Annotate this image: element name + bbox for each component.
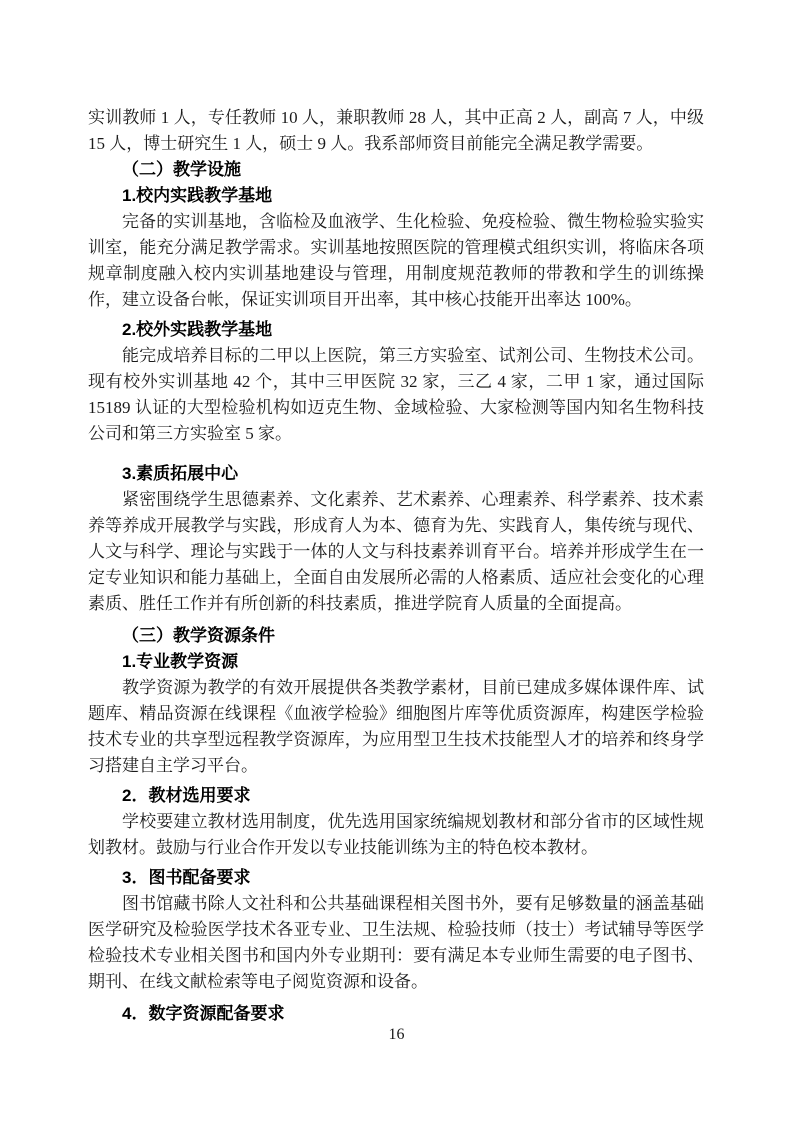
paragraph-faculty-stats: 实训教师 1 人，专任教师 10 人，兼职教师 28 人，其中正高 2 人，副高…: [88, 105, 704, 157]
paragraph-library-book-requirements: 图书馆藏书除人文社科和公共基础课程相关图书外，要有足够数量的涵盖基础医学研究及检…: [88, 891, 704, 995]
heading-section-3-teaching-resources: （三）教学资源条件: [88, 623, 704, 649]
paragraph-textbook-selection-requirements: 学校要建立教材选用制度，优先选用国家统编规划教材和部分省市的区域性规划教材。鼓励…: [88, 809, 704, 861]
heading-2-3-quality-development-center: 3.素质拓展中心: [88, 461, 704, 487]
document-body: 实训教师 1 人，专任教师 10 人，兼职教师 28 人，其中正高 2 人，副高…: [88, 105, 704, 1027]
heading-section-2-teaching-facilities: （二）教学设施: [88, 157, 704, 183]
heading-2-1-on-campus-practice-base: 1.校内实践教学基地: [88, 183, 704, 209]
document-page: 实训教师 1 人，专任教师 10 人，兼职教师 28 人，其中正高 2 人，副高…: [0, 0, 793, 1122]
paragraph-quality-development-center: 紧密围绕学生思德素养、文化素养、艺术素养、心理素养、科学素养、技术素养等养成开展…: [88, 487, 704, 617]
paragraph-on-campus-practice-base: 完备的实训基地，含临检及血液学、生化检验、免疫检验、微生物检验实验实训室，能充分…: [88, 209, 704, 313]
heading-3-4-digital-resource-requirements: 4．数字资源配备要求: [88, 1001, 704, 1027]
paragraph-professional-teaching-resources: 教学资源为教学的有效开展提供各类教学素材，目前已建成多媒体课件库、试题库、精品资…: [88, 675, 704, 779]
heading-3-3-library-book-requirements: 3．图书配备要求: [88, 865, 704, 891]
heading-3-1-professional-teaching-resources: 1.专业教学资源: [88, 649, 704, 675]
heading-3-2-textbook-selection-requirements: 2．教材选用要求: [88, 783, 704, 809]
paragraph-off-campus-practice-base: 能完成培养目标的二甲以上医院，第三方实验室、试剂公司、生物技术公司。现有校外实训…: [88, 343, 704, 447]
heading-2-2-off-campus-practice-base: 2.校外实践教学基地: [88, 317, 704, 343]
page-number: 16: [0, 1026, 793, 1044]
